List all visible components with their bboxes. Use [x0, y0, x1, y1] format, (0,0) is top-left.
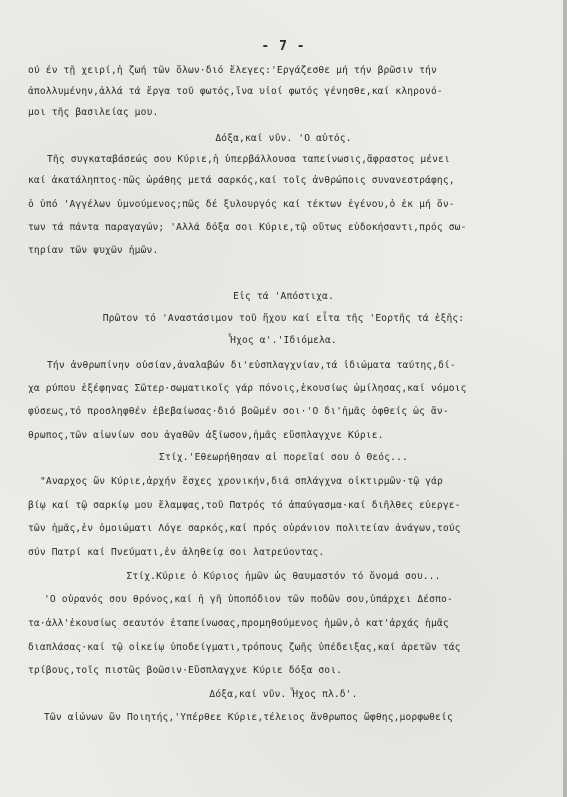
heading-line: Πρῶτον τό 'Αναστάσιμον τοῦ ἤχου καί εἶτα… — [0, 313, 567, 324]
text-line: ὁ ὑπό 'Αγγέλων ὑμνούμενος;πῶς δέ ξυλουργ… — [28, 199, 455, 210]
text-line: διαπλάσας·καί τῷ οἰκείῳ ὑποδείγματι,τρόπ… — [28, 642, 461, 653]
text-line: 'Ο οὐρανός σου θρόνος,καί ἡ γῆ ὑποπόδιον… — [44, 594, 453, 605]
heading-line: Δόξα,καί νῦν. 'Ο αὐτός. — [0, 133, 567, 144]
text-line: φύσεως,τό προσληφθέν ἐβεβαίωσας·διό βοῶμ… — [28, 406, 449, 417]
page-edge — [563, 0, 567, 797]
text-line: Τῆς συγκαταβάσεώς σου Κύριε,ἡ ὑπερβάλλου… — [47, 154, 450, 165]
text-line: τῶν ἡμᾶς,ἐν ὁμοιώματι Λόγε σαρκός,καί πρ… — [28, 523, 461, 534]
page-number: - 7 - — [0, 39, 567, 54]
heading-line: Εἰς τά 'Απόστιχα. — [0, 291, 567, 302]
heading-line: Στίχ.'Εθεωρήθησαν αἱ πορεῖαί σου ὁ Θεός.… — [0, 452, 567, 463]
text-line: ού έν τῇ χειρί,ἡ ζωή τῶν ὅλων·διό ἔλεγες… — [28, 65, 437, 76]
text-line: σύν Πατρί καί Πνεύματι,ἐν ἀληθείᾳ σοι λα… — [28, 547, 324, 558]
text-line: θρωπος,τῶν αἰωνίων σου ἀγαθῶν ἀξίωσον,ἡμ… — [28, 430, 384, 441]
text-line: τρίβους,τοῖς πιστῶς βοῶσιν·Εὔσπλαγχνε Κύ… — [28, 665, 342, 676]
text-line: χα ρύπου ἐξέφηνας Σῶτερ·σωματικοῖς γάρ π… — [28, 383, 467, 394]
heading-line: Ἦχος α'.'Ιδιόμελα. — [0, 335, 567, 346]
text-line: Τήν ἀνθρωπίνην οὐσίαν,ἀναλαβών δι'εὐσπλα… — [47, 360, 456, 371]
text-line: τηρίαν τῶν ψυχῶν ἡμῶν. — [28, 245, 158, 256]
text-line: Τῶν αἰώνων ὤν Ποιητής,'Υπέρθεε Κύριε,τέλ… — [44, 712, 453, 723]
text-line: των τά πάντα παραγαγών; 'Αλλά δόξα σοι Κ… — [28, 222, 467, 233]
text-line: ἀπολλυμένην,ἀλλά τά ἔργα τοῦ φωτός,ἵνα υ… — [28, 86, 443, 97]
text-line: καί ἀκατάληπτος·πῶς ὡράθης μετά σαρκός,κ… — [28, 175, 455, 186]
text-line: βίῳ καί τῷ σαρκίῳ μου ἔλαμψας,τοῦ Πατρός… — [28, 500, 461, 511]
text-line: "Αναρχος ὤν Κύριε,ἀρχήν ἔσχες χρονικήν,δ… — [40, 476, 443, 487]
heading-line: Στίχ.Κύριε ὁ Κύριος ἡμῶν ὡς θαυμαστόν τό… — [0, 571, 567, 582]
text-line: τα·ἀλλ'ἑκουσίως σεαυτόν ἐταπείνωσας,προμ… — [28, 618, 449, 629]
heading-line: Δόξα,καί νῦν. Ἦχος πλ.δ'. — [0, 689, 567, 700]
text-line: μοι τῆς βασιλείας μου. — [28, 107, 158, 118]
document-page: - 7 - ού έν τῇ χειρί,ἡ ζωή τῶν ὅλων·διό … — [0, 0, 567, 797]
